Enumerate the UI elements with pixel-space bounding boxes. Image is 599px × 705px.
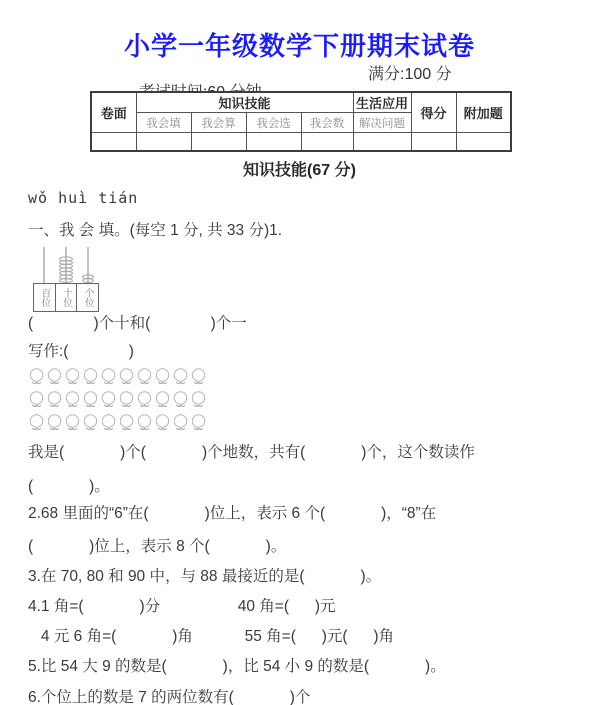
question-6: 6.个位上的数是 7 的两位数有( )个 bbox=[28, 688, 310, 705]
chick-icon bbox=[118, 390, 135, 408]
question-2-line-2: ( )位上，表示 8 个( )。 bbox=[28, 537, 286, 556]
abacus-label-hundreds: 百位 bbox=[34, 284, 56, 311]
abacus-label-tens: 十位 bbox=[56, 284, 78, 311]
score-cell-empty bbox=[301, 133, 353, 152]
score-cell-empty bbox=[136, 133, 191, 152]
chick-icon bbox=[154, 367, 171, 385]
chick-icon bbox=[82, 390, 99, 408]
score-sub-wohuisuan: 我会算 bbox=[191, 113, 246, 133]
chick-icon bbox=[46, 367, 63, 385]
chick-icon bbox=[64, 367, 81, 385]
chick-icon bbox=[100, 390, 117, 408]
abacus-rods bbox=[33, 245, 101, 283]
score-sub-jiejue-wenti: 解决问题 bbox=[353, 113, 411, 133]
abacus-label-ones: 个位 bbox=[77, 284, 98, 311]
score-cell-empty bbox=[191, 133, 246, 152]
q1-write-as: 写作:( ) bbox=[28, 342, 134, 361]
chick-icon bbox=[100, 413, 117, 431]
chick-icon bbox=[136, 413, 153, 431]
chick-icon bbox=[46, 390, 63, 408]
chick-icon bbox=[136, 390, 153, 408]
chick-icon bbox=[190, 413, 207, 431]
shape-row bbox=[28, 367, 207, 385]
chick-icon bbox=[82, 367, 99, 385]
chick-icon bbox=[64, 390, 81, 408]
score-col-defen: 得分 bbox=[411, 92, 456, 133]
chick-icon bbox=[172, 390, 189, 408]
chick-icon bbox=[190, 367, 207, 385]
score-cell-empty bbox=[91, 133, 136, 152]
q1-pinyin: wǒ huì tián bbox=[28, 189, 138, 208]
q1-tens-ones-blank: ( )个十和( )个一 bbox=[28, 314, 247, 333]
question-4-line-2: 4 元 6 角=( )角 55 角=( )元( )角 bbox=[28, 627, 394, 646]
chick-icon bbox=[118, 413, 135, 431]
chick-icon bbox=[154, 390, 171, 408]
full-score: 满分:100 分 bbox=[368, 61, 452, 84]
score-cell-empty bbox=[246, 133, 301, 152]
abacus: 百位 十位 个位 bbox=[33, 245, 101, 312]
chick-icon bbox=[190, 390, 207, 408]
page-title: 小学一年级数学下册期末试卷 bbox=[0, 26, 599, 63]
q1-intro: 一、我 会 填。(每空 1 分, 共 33 分)1. bbox=[28, 221, 282, 240]
score-col-fujiati: 附加题 bbox=[456, 92, 511, 133]
chick-icon bbox=[46, 413, 63, 431]
chick-icon bbox=[154, 413, 171, 431]
chick-icon bbox=[118, 367, 135, 385]
score-col-zhishi-jineng: 知识技能 bbox=[136, 92, 353, 113]
score-sub-wohuitian: 我会填 bbox=[136, 113, 191, 133]
chick-icon bbox=[64, 413, 81, 431]
chick-icon bbox=[172, 413, 189, 431]
chick-icon bbox=[82, 413, 99, 431]
score-sub-wohuishu: 我会数 bbox=[301, 113, 353, 133]
score-col-juanmian: 卷面 bbox=[91, 92, 136, 133]
shape-row bbox=[28, 390, 207, 408]
chick-icon bbox=[136, 367, 153, 385]
score-cell-empty bbox=[456, 133, 511, 152]
score-col-shenghuo-yingyong: 生活应用 bbox=[353, 92, 411, 113]
q1-count-line2: ( )。 bbox=[28, 477, 110, 496]
q1-count-line: 我是( )个( )个地数，共有( )个，这个数读作 bbox=[28, 443, 475, 462]
question-4-line-1: 4.1 角=( )分 40 角=( )元 bbox=[28, 597, 336, 616]
chick-icon bbox=[28, 367, 45, 385]
score-sub-wohuixuan: 我会选 bbox=[246, 113, 301, 133]
chick-icon bbox=[28, 390, 45, 408]
score-cell-empty bbox=[411, 133, 456, 152]
question-5: 5.比 54 大 9 的数是( )，比 54 小 9 的数是( )。 bbox=[28, 657, 446, 676]
abacus-place-labels: 百位 十位 个位 bbox=[33, 283, 99, 312]
chick-icon bbox=[172, 367, 189, 385]
chick-icon bbox=[28, 413, 45, 431]
chick-icon bbox=[100, 367, 117, 385]
question-2-line-1: 2.68 里面的“6”在( )位上，表示 6 个( )，“8”在 bbox=[28, 504, 436, 523]
shape-row bbox=[28, 413, 207, 431]
question-3: 3.在 70, 80 和 90 中，与 88 最接近的是( )。 bbox=[28, 567, 381, 586]
counting-shapes bbox=[28, 367, 207, 436]
score-table: 卷面 知识技能 生活应用 得分 附加题 我会填 我会算 我会选 我会数 解决问题 bbox=[90, 91, 512, 152]
section-heading: 知识技能(67 分) bbox=[0, 157, 599, 180]
score-cell-empty bbox=[353, 133, 411, 152]
